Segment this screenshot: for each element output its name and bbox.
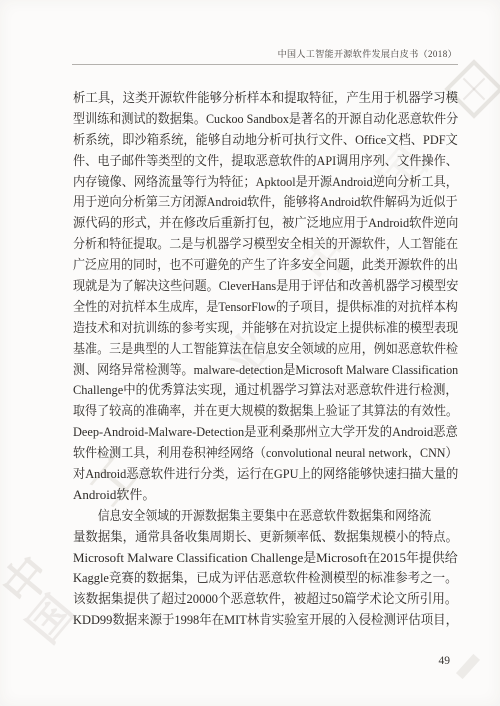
text-line: Deep-Android-Malware-Detection是亚利桑那州立大学开… <box>73 422 438 443</box>
text-line: Kaggle竞赛的数据集，已成为评估恶意软件检测模型的标准参考之一。 <box>73 568 442 589</box>
text-line: 全性的对抗样本生成库，是TensorFlow的子项目，提供标准的对抗样本构 <box>73 297 432 318</box>
text-line: 源代码的形式，并在修改后重新打包，被广泛地应用于Android软件逆向 <box>73 213 437 234</box>
text-line: 内存镜像、网络流量等行为特征；Apktool是开源Android逆向分析工具， <box>73 172 434 193</box>
body-text: 析工具，这类开源软件能够分析样本和提取特征，产生用于机器学习模型训练和测试的数据… <box>73 88 458 631</box>
text-line: 信息安全领域的开源数据集主要集中在恶意软件数据集和网络流 <box>73 506 426 527</box>
text-line: 对Android恶意软件进行分类，运行在GPU上的网络能够快速扫描大量的 <box>73 464 437 485</box>
text-line: 测、网络异常检测等。malware-detection是Microsoft Ma… <box>73 360 430 381</box>
text-line: 广泛应用的同时，也不可避免的产生了许多安全问题，此类开源软件的出 <box>73 255 429 276</box>
page-number: 49 <box>439 655 451 667</box>
text-line: KDD99数据来源于1998年在MIT林肯实验室开展的入侵检测评估项目， <box>73 610 441 631</box>
text-line: 造技术和对抗训练的参考实现，并能够在对抗设定上提供标准的模型表现 <box>73 318 429 339</box>
text-line: 取得了较高的准确率，并在更大规模的数据集上验证了其算法的有效性。 <box>73 401 429 422</box>
header-rule <box>72 64 458 65</box>
text-line: 型训练和测试的数据集。Cuckoo Sandbox是著名的开源自动化恶意软件分 <box>73 109 431 130</box>
text-line: 该数据集提供了超过20000个恶意软件，被超过50篇学术论文所引用。 <box>73 589 446 610</box>
document-page: 中国工业中国 中国人工智能开源软件发展白皮书（2018） 析工具，这类开源软件能… <box>0 0 500 706</box>
text-line: 软件检测工具，利用卷积神经网络（convolutional neural net… <box>73 443 430 464</box>
text-line: 析系统，即沙箱系统，能够自动地分析可执行文件、Office文档、PDF文 <box>73 130 436 151</box>
text-line: 基准。三是典型的人工智能算法在信息安全领域的应用，例如恶意软件检 <box>73 339 429 360</box>
text-line: Microsoft Malware Classification Challen… <box>73 548 456 569</box>
text-line: 件、电子邮件等类型的文件，提取恶意软件的API调用序列、文件操作、 <box>73 151 434 172</box>
text-line: Android软件。 <box>73 485 458 506</box>
watermark-dash <box>456 654 480 679</box>
text-line: 现就是为了解决这些问题。CleverHans是用于评估和改善机器学习模型安 <box>73 276 433 297</box>
header-title: 中国人工智能开源软件发展白皮书（2018） <box>278 47 457 60</box>
text-line: 量数据集，通常具备收集周期长、更新频率低、数据集规模小的特点。 <box>73 527 441 548</box>
text-line: 分析和特征提取。二是与机器学习模型安全相关的开源软件，人工智能在 <box>73 234 429 255</box>
text-line: 析工具，这类开源软件能够分析样本和提取特征，产生用于机器学习模 <box>73 88 441 109</box>
watermark-glyph: 中 <box>0 549 59 614</box>
text-line: 用于逆向分析第三方闭源Android软件，能够将Android软件解码为近似于 <box>73 192 433 213</box>
text-line: Challenge中的优秀算法实现，通过机器学习算法对恶意软件进行检测， <box>73 380 440 401</box>
